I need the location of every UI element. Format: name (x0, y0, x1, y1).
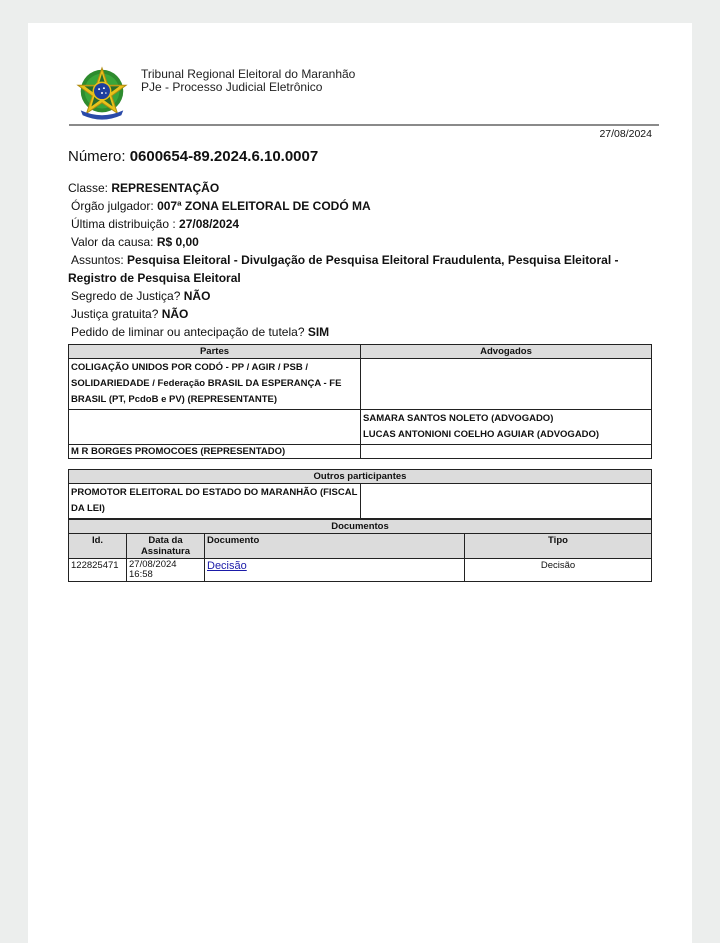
parte-cell (69, 410, 361, 445)
document-id: 122825471 (69, 559, 127, 582)
table-row: M R BORGES PROMOCOES (REPRESENTADO) (69, 445, 652, 459)
advogados-cell: SAMARA SANTOS NOLETO (ADVOGADO) LUCAS AN… (361, 410, 652, 445)
process-number-value: 0600654-89.2024.6.10.0007 (130, 148, 319, 165)
advogados-cell (361, 445, 652, 459)
table-row: SAMARA SANTOS NOLETO (ADVOGADO) LUCAS AN… (69, 410, 652, 445)
parte-cell: COLIGAÇÃO UNIDOS POR CODÓ - PP / AGIR / … (69, 359, 361, 410)
outros-participantes-header: Outros participantes (69, 470, 652, 484)
field-valor-causa: Valor da causa: R$ 0,00 (68, 233, 648, 251)
document-link[interactable]: Decisão (207, 560, 247, 572)
system-name: PJe - Processo Judicial Eletrônico (141, 81, 355, 94)
organization-name: Tribunal Regional Eleitoral do Maranhão … (141, 68, 355, 94)
col-documento: Documento (205, 534, 465, 559)
field-orgao-julgador: Órgão julgador: 007ª ZONA ELEITORAL DE C… (68, 197, 648, 215)
header-divider (69, 124, 659, 126)
col-data-assinatura: Data da Assinatura (127, 534, 205, 559)
participante-cell: PROMOTOR ELEITORAL DO ESTADO DO MARANHÃO… (69, 484, 361, 519)
partes-header: Partes (69, 345, 361, 359)
field-assuntos: Assuntos: Pesquisa Eleitoral - Divulgaçã… (68, 251, 648, 287)
table-row: 122825471 27/08/2024 16:58 Decisão Decis… (69, 559, 652, 582)
table-row: COLIGAÇÃO UNIDOS POR CODÓ - PP / AGIR / … (69, 359, 652, 410)
field-classe: Classe: REPRESENTAÇÃO (68, 179, 648, 197)
col-tipo: Tipo (465, 534, 652, 559)
outros-participantes-table: Outros participantes PROMOTOR ELEITORAL … (68, 469, 652, 519)
document-date-cell: 27/08/2024 16:58 (127, 559, 205, 582)
documentos-header: Documentos (69, 520, 652, 534)
document-page: Tribunal Regional Eleitoral do Maranhão … (28, 23, 692, 943)
field-ultima-distribuicao: Última distribuição : 27/08/2024 (68, 215, 648, 233)
process-fields: Classe: REPRESENTAÇÃO Órgão julgador: 00… (68, 179, 648, 341)
process-number: Número: 0600654-89.2024.6.10.0007 (68, 148, 318, 165)
col-id: Id. (69, 534, 127, 559)
advogados-cell (361, 359, 652, 410)
document-header: Tribunal Regional Eleitoral do Maranhão … (73, 63, 363, 125)
partes-table: Partes Advogados COLIGAÇÃO UNIDOS POR CO… (68, 344, 652, 459)
advogados-header: Advogados (361, 345, 652, 359)
field-segredo-justica: Segredo de Justiça? NÃO (68, 287, 648, 305)
field-justica-gratuita: Justiça gratuita? NÃO (68, 305, 648, 323)
brazil-coat-of-arms-icon (73, 63, 131, 123)
parte-cell: M R BORGES PROMOCOES (REPRESENTADO) (69, 445, 361, 459)
table-row: PROMOTOR ELEITORAL DO ESTADO DO MARANHÃO… (69, 484, 652, 519)
document-name-cell: Decisão (205, 559, 465, 582)
field-pedido-liminar: Pedido de liminar ou antecipação de tute… (68, 323, 648, 341)
participante-extra-cell (361, 484, 652, 519)
documentos-table: Documentos Id. Data da Assinatura Docume… (68, 519, 652, 582)
document-type: Decisão (465, 559, 652, 582)
document-date: 27/08/2024 (599, 128, 652, 140)
